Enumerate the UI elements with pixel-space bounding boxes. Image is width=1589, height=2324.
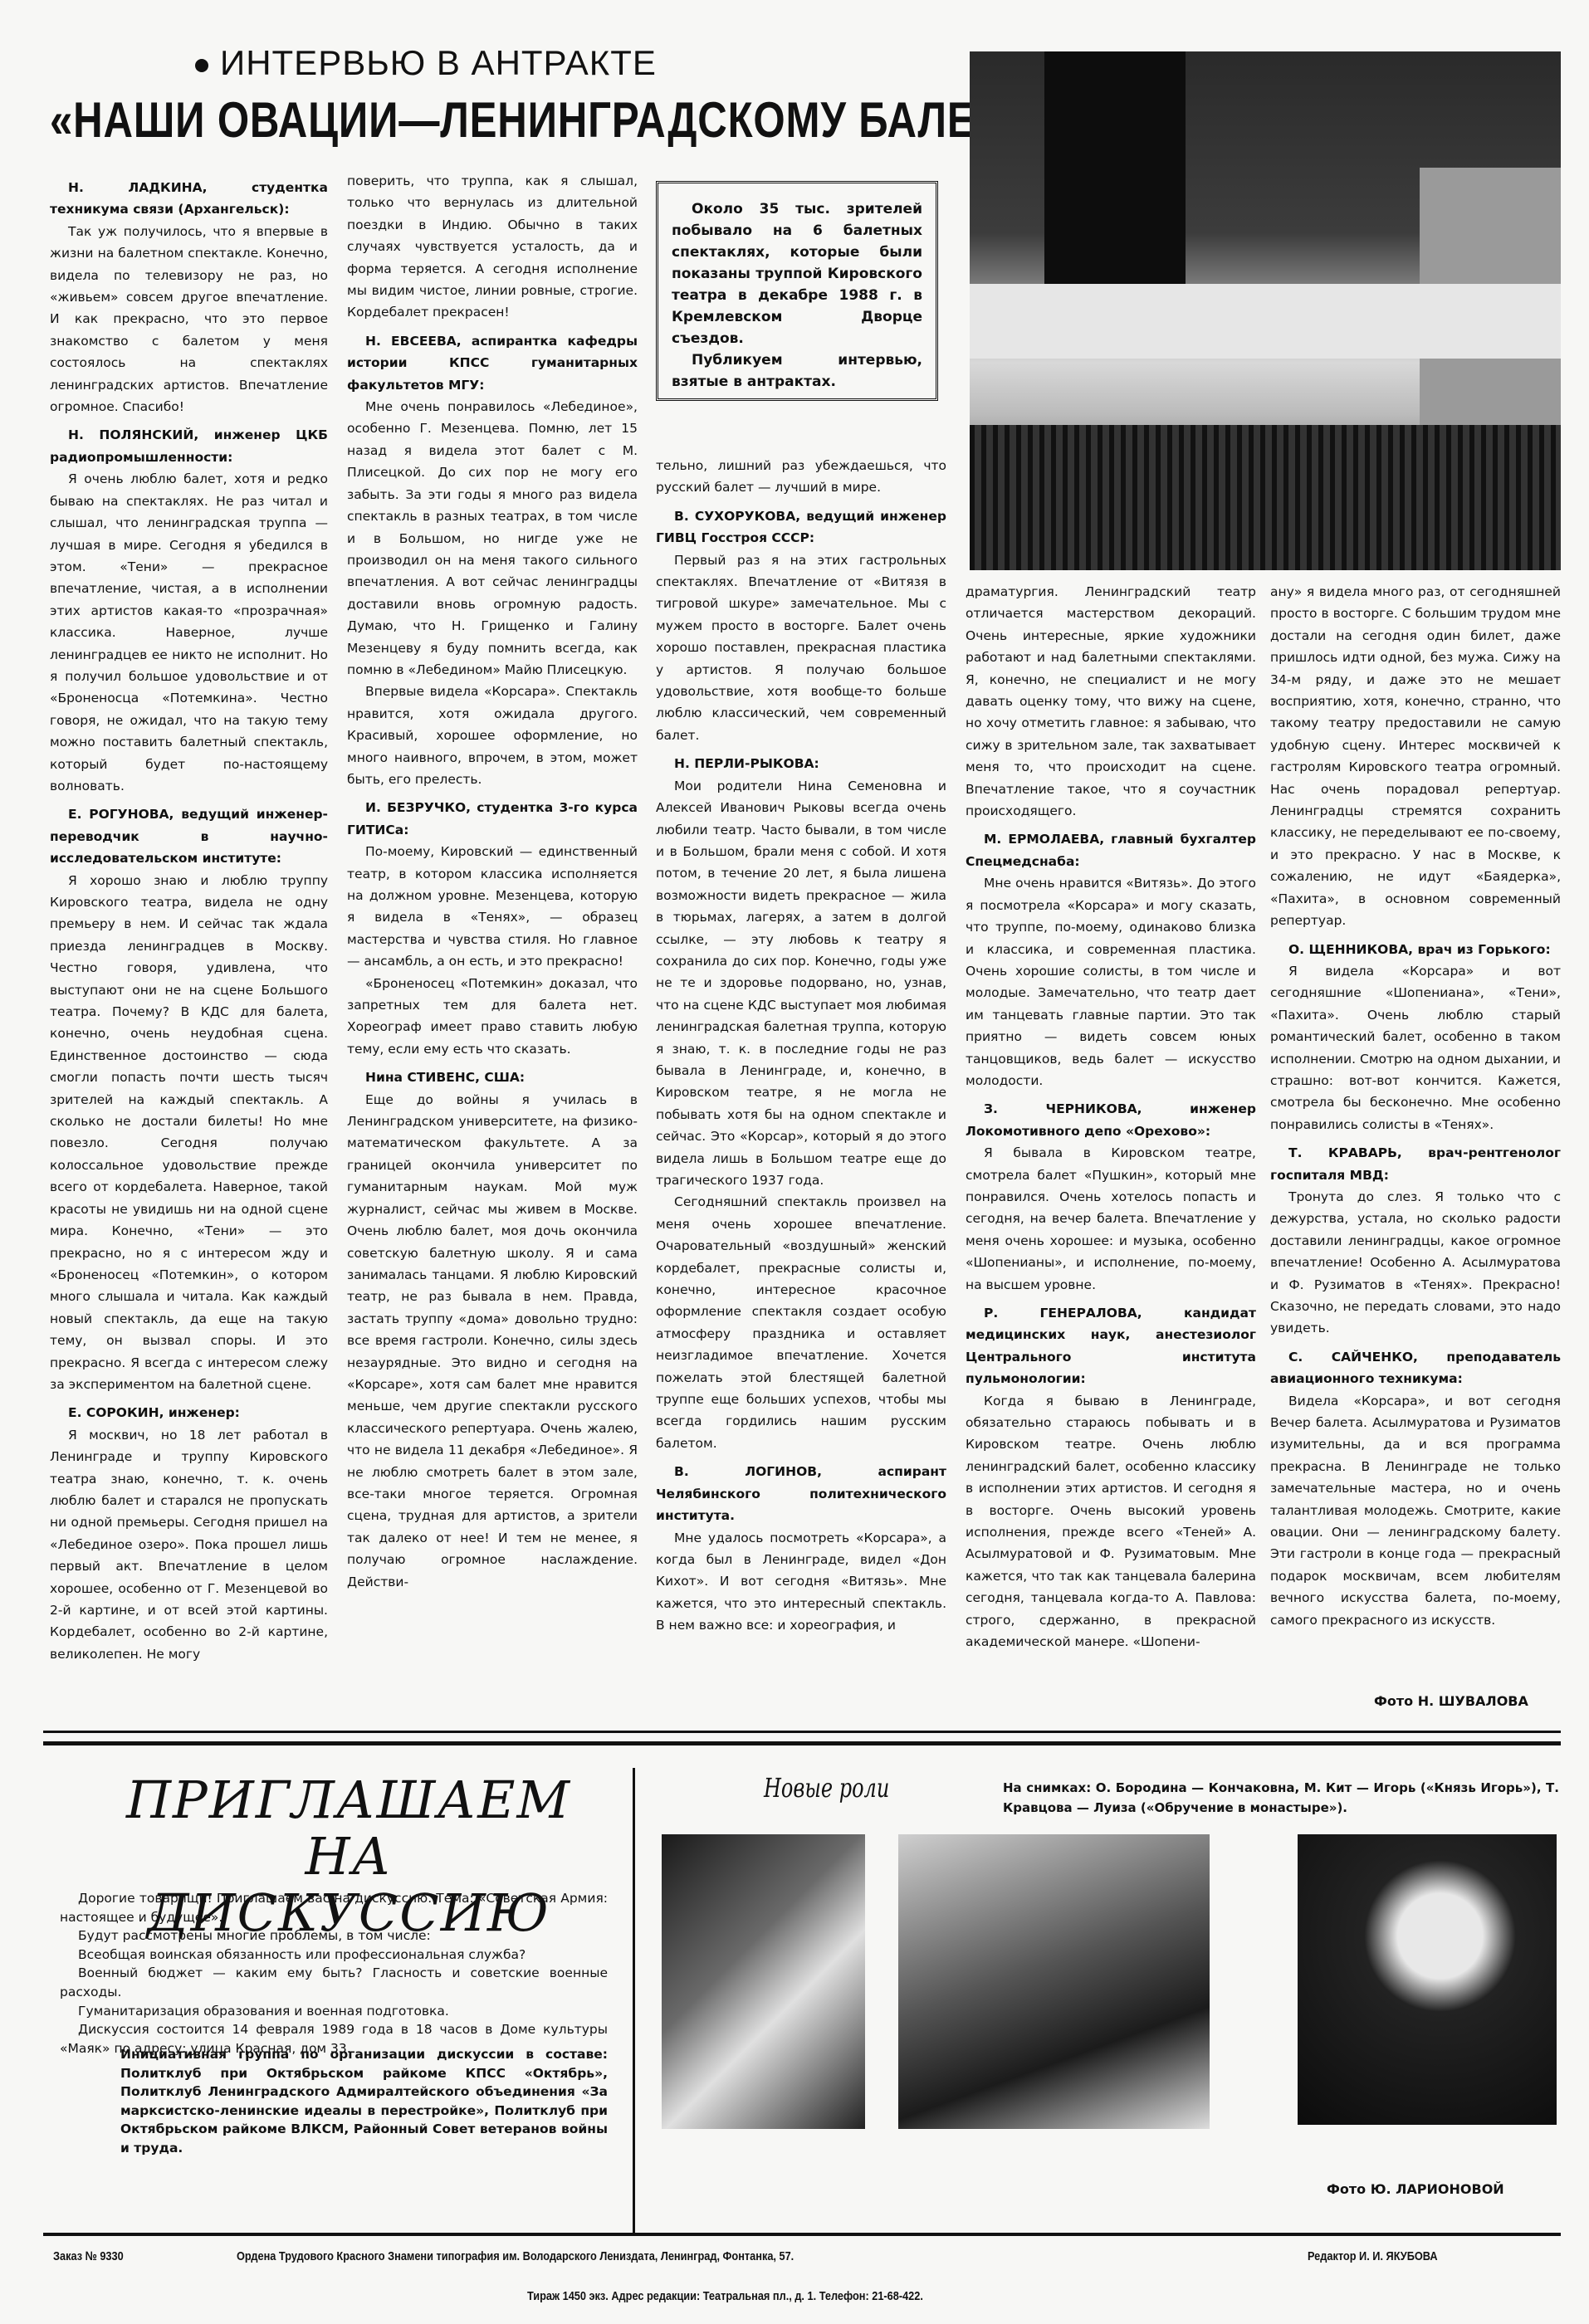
headline: «НАШИ ОВАЦИИ—ЛЕНИНГРАДСКОМУ БАЛЕТУ» <box>50 91 799 149</box>
interview-text: По-моему, Кировский — единственный театр… <box>347 841 638 972</box>
column-divider <box>633 1768 635 2233</box>
section-divider <box>43 1741 1561 1745</box>
footer-divider <box>43 2233 1561 2236</box>
printer-info: Ордена Трудового Красного Знамени типогр… <box>237 2249 794 2263</box>
interview-text: ану» я видела много раз, от сегодняшней … <box>1270 581 1561 932</box>
interview-text: Я бывала в Кировском театре, смотрела ба… <box>966 1142 1256 1296</box>
article-column-5: ану» я видела много раз, от сегодняшней … <box>1270 581 1561 1631</box>
speaker-name: М. ЕРМОЛАЕВА, главный бухгалтер Спецмедс… <box>966 828 1256 872</box>
bullet-icon <box>195 59 208 72</box>
interview-text: поверить, что труппа, как я слышал, толь… <box>347 170 638 324</box>
speaker-name: З. ЧЕРНИКОВА, инженер Локомотивного депо… <box>966 1098 1256 1142</box>
interview-text: Впервые видела «Корсара». Спектакль нрав… <box>347 681 638 790</box>
speaker-name: Е. РОГУНОВА, ведущий инженер-переводчик … <box>50 803 328 869</box>
interview-text: Мне удалось посмотреть «Корсара», а когд… <box>656 1527 946 1637</box>
speaker-name: В. ЛОГИНОВ, аспирант Челябинского полите… <box>656 1461 946 1526</box>
interview-text: Видела «Корсара», и вот сегодня Вечер ба… <box>1270 1390 1561 1631</box>
interview-text: «Броненосец «Потемкин» доказал, что запр… <box>347 973 638 1061</box>
interview-text: драматургия. Ленинградский театр отличае… <box>966 581 1256 822</box>
lead-paragraph: Около 35 тыс. зрителей побывало на 6 бал… <box>672 198 922 349</box>
speaker-name: Е. СОРОКИН, инженер: <box>50 1402 328 1423</box>
photo-crowd <box>970 425 1561 570</box>
photo-credit: Фото Н. ШУВАЛОВА <box>1374 1693 1528 1709</box>
speaker-name: Н. ЛАДКИНА, студентка техникума связи (А… <box>50 177 328 221</box>
interview-text: Мне очень понравилось «Лебединое», особе… <box>347 396 638 681</box>
speaker-name: Н. ПОЛЯНСКИЙ, инженер ЦКБ радиопромышлен… <box>50 424 328 468</box>
speaker-name: Н. ПЕРЛИ-РЫКОВА: <box>656 753 946 774</box>
circulation-info: Тираж 1450 экз. Адрес редакции: Театраль… <box>527 2289 923 2303</box>
speaker-name: Н. ЕВСЕЕВА, аспирантка кафедры истории К… <box>347 330 638 396</box>
speaker-name: Р. ГЕНЕРАЛОВА, кандидат медицинских наук… <box>966 1302 1256 1390</box>
photo-captions: На снимках: О. Бородина — Кончаковна, М.… <box>1003 1778 1559 1818</box>
interview-text: Мои родители Нина Семеновна и Алексей Ив… <box>656 775 946 1192</box>
interview-text: Первый раз я на этих гастрольных спектак… <box>656 549 946 747</box>
invite-signature: Инициативная группа по организации диску… <box>120 2045 608 2158</box>
order-number: Заказ № 9330 <box>53 2249 124 2263</box>
interview-text: Я хорошо знаю и люблю труппу Кировского … <box>50 870 328 1396</box>
section-rubric: ИНТЕРВЬЮ В АНТРАКТЕ <box>195 43 657 83</box>
article-column-4: драматургия. Ленинградский театр отличае… <box>966 581 1256 1653</box>
interview-text: тельно, лишний раз убеждаешься, что русс… <box>656 455 946 499</box>
article-column-2: поверить, что труппа, как я слышал, толь… <box>347 170 638 1593</box>
kremlin-photo <box>970 51 1561 570</box>
article-column-1: Н. ЛАДКИНА, студентка техникума связи (А… <box>50 170 328 1665</box>
invite-body: Дорогие товарищи! Приглашаем вас на диск… <box>60 1889 608 2058</box>
photo-credit-roles: Фото Ю. ЛАРИОНОВОЙ <box>1327 2181 1504 2197</box>
speaker-name: И. БЕЗРУЧКО, студентка 3-го курса ГИТИСа… <box>347 797 638 841</box>
interview-text: Мне очень нравится «Витязь». До этого я … <box>966 872 1256 1091</box>
interview-text: Так уж получилось, что я впервые в жизни… <box>50 221 328 418</box>
interview-text: Тронута до слез. Я только что с дежурств… <box>1270 1186 1561 1340</box>
lead-box: Около 35 тыс. зрителей побывало на 6 бал… <box>656 181 938 401</box>
speaker-name: О. ЩЕННИКОВА, врач из Горького: <box>1270 939 1561 960</box>
interview-text: Я очень люблю балет, хотя и редко бываю … <box>50 468 328 797</box>
editor: Редактор И. И. ЯКУБОВА <box>1308 2249 1438 2263</box>
section-divider <box>43 1731 1561 1733</box>
interview-text: Сегодняшний спектакль произвел на меня о… <box>656 1191 946 1454</box>
speaker-name: С. САЙЧЕНКО, преподаватель авиационного … <box>1270 1346 1561 1390</box>
interview-text: Когда я бываю в Ленинграде, обязательно … <box>966 1390 1256 1653</box>
speaker-name: Т. КРАВАРЬ, врач-рентгенолог госпиталя М… <box>1270 1142 1561 1186</box>
photo-kravtsova <box>1298 1834 1557 2125</box>
photo-kit <box>898 1834 1210 2129</box>
lead-paragraph: Публикуем интервью, взятые в антрактах. <box>672 349 922 393</box>
photo-canopy <box>970 284 1561 359</box>
speaker-name: В. СУХОРУКОВА, ведущий инженер ГИВЦ Госс… <box>656 505 946 549</box>
interview-text: Я москвич, но 18 лет работал в Ленинград… <box>50 1424 328 1665</box>
interview-text: Я видела «Корсара» и вот сегодняшние «Шо… <box>1270 960 1561 1135</box>
photo-borodina <box>662 1834 865 2129</box>
speaker-name: Нина СТИВЕНС, США: <box>347 1067 638 1088</box>
article-column-3: тельно, лишний раз убеждаешься, что русс… <box>656 455 946 1637</box>
interview-text: Еще до войны я училась в Ленинградском у… <box>347 1089 638 1593</box>
new-roles-title: Новые роли <box>764 1772 889 1804</box>
